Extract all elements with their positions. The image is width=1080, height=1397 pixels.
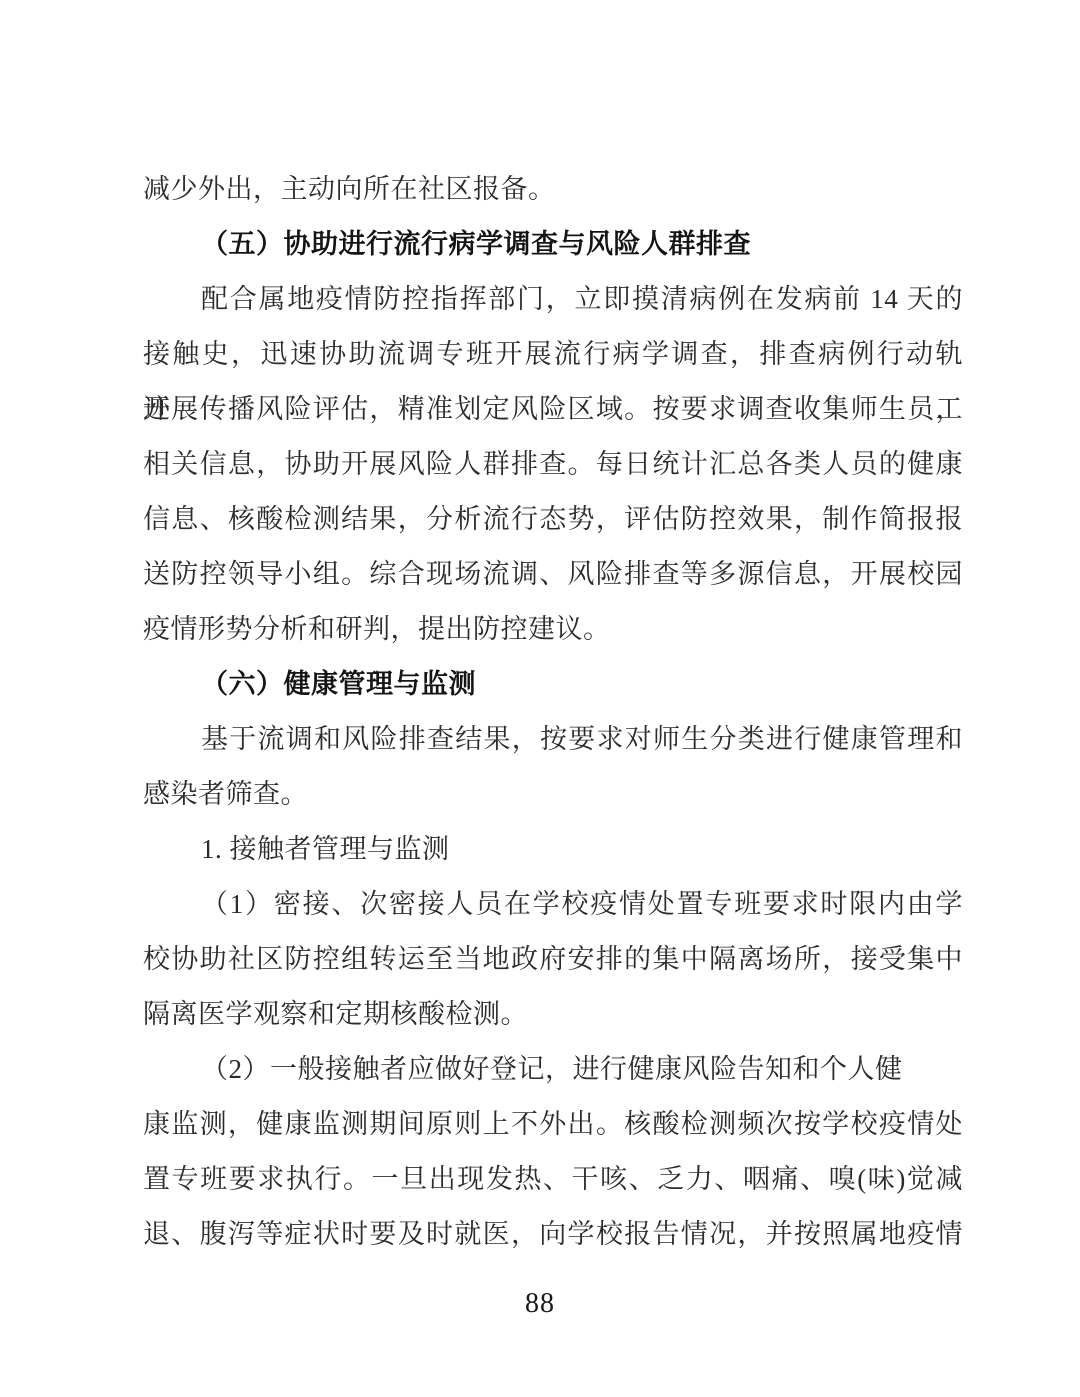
body-text-line: 隔离医学观察和定期核酸检测。	[143, 987, 963, 1042]
body-text-line: 开展传播风险评估，精准划定风险区域。按要求调查收集师生员工	[143, 382, 963, 437]
body-text-line: 基于流调和风险排查结果，按要求对师生分类进行健康管理和	[143, 712, 963, 767]
body-text-line: （2）一般接触者应做好登记，进行健康风险告知和个人健	[143, 1042, 963, 1097]
body-text-line: 康监测，健康监测期间原则上不外出。核酸检测频次按学校疫情处	[143, 1097, 963, 1152]
section-heading-5: （五）协助进行流行病学调查与风险人群排查	[143, 217, 963, 272]
numbered-item-line: 1. 接触者管理与监测	[143, 822, 963, 877]
body-text-line: 疫情形势分析和研判，提出防控建议。	[143, 602, 963, 657]
body-text-line: 信息、核酸检测结果，分析流行态势，评估防控效果，制作简报报	[143, 492, 963, 547]
page-number: 88	[0, 1288, 1080, 1320]
body-text-line: （1）密接、次密接人员在学校疫情处置专班要求时限内由学	[143, 877, 963, 932]
document-text-block: 减少外出，主动向所在社区报备。 （五）协助进行流行病学调查与风险人群排查 配合属…	[143, 162, 963, 1262]
section-heading-6: （六）健康管理与监测	[143, 657, 963, 712]
body-text-line: 校协助社区防控组转运至当地政府安排的集中隔离场所，接受集中	[143, 932, 963, 987]
body-text-line: 送防控领导小组。综合现场流调、风险排查等多源信息，开展校园	[143, 547, 963, 602]
body-text-line: 感染者筛查。	[143, 767, 963, 822]
body-text-line: 接触史，迅速协助流调专班开展流行病学调查，排查病例行动轨迹，	[143, 327, 963, 382]
body-text-line: 退、腹泻等症状时要及时就医，向学校报告情况，并按照属地疫情	[143, 1207, 963, 1262]
document-page: 减少外出，主动向所在社区报备。 （五）协助进行流行病学调查与风险人群排查 配合属…	[0, 0, 1080, 1397]
body-text-line: 减少外出，主动向所在社区报备。	[143, 162, 963, 217]
body-text-line: 置专班要求执行。一旦出现发热、干咳、乏力、咽痛、嗅(味)觉减	[143, 1152, 963, 1207]
body-text-line: 相关信息，协助开展风险人群排查。每日统计汇总各类人员的健康	[143, 437, 963, 492]
body-text-line: 配合属地疫情防控指挥部门，立即摸清病例在发病前 14 天的	[143, 272, 963, 327]
